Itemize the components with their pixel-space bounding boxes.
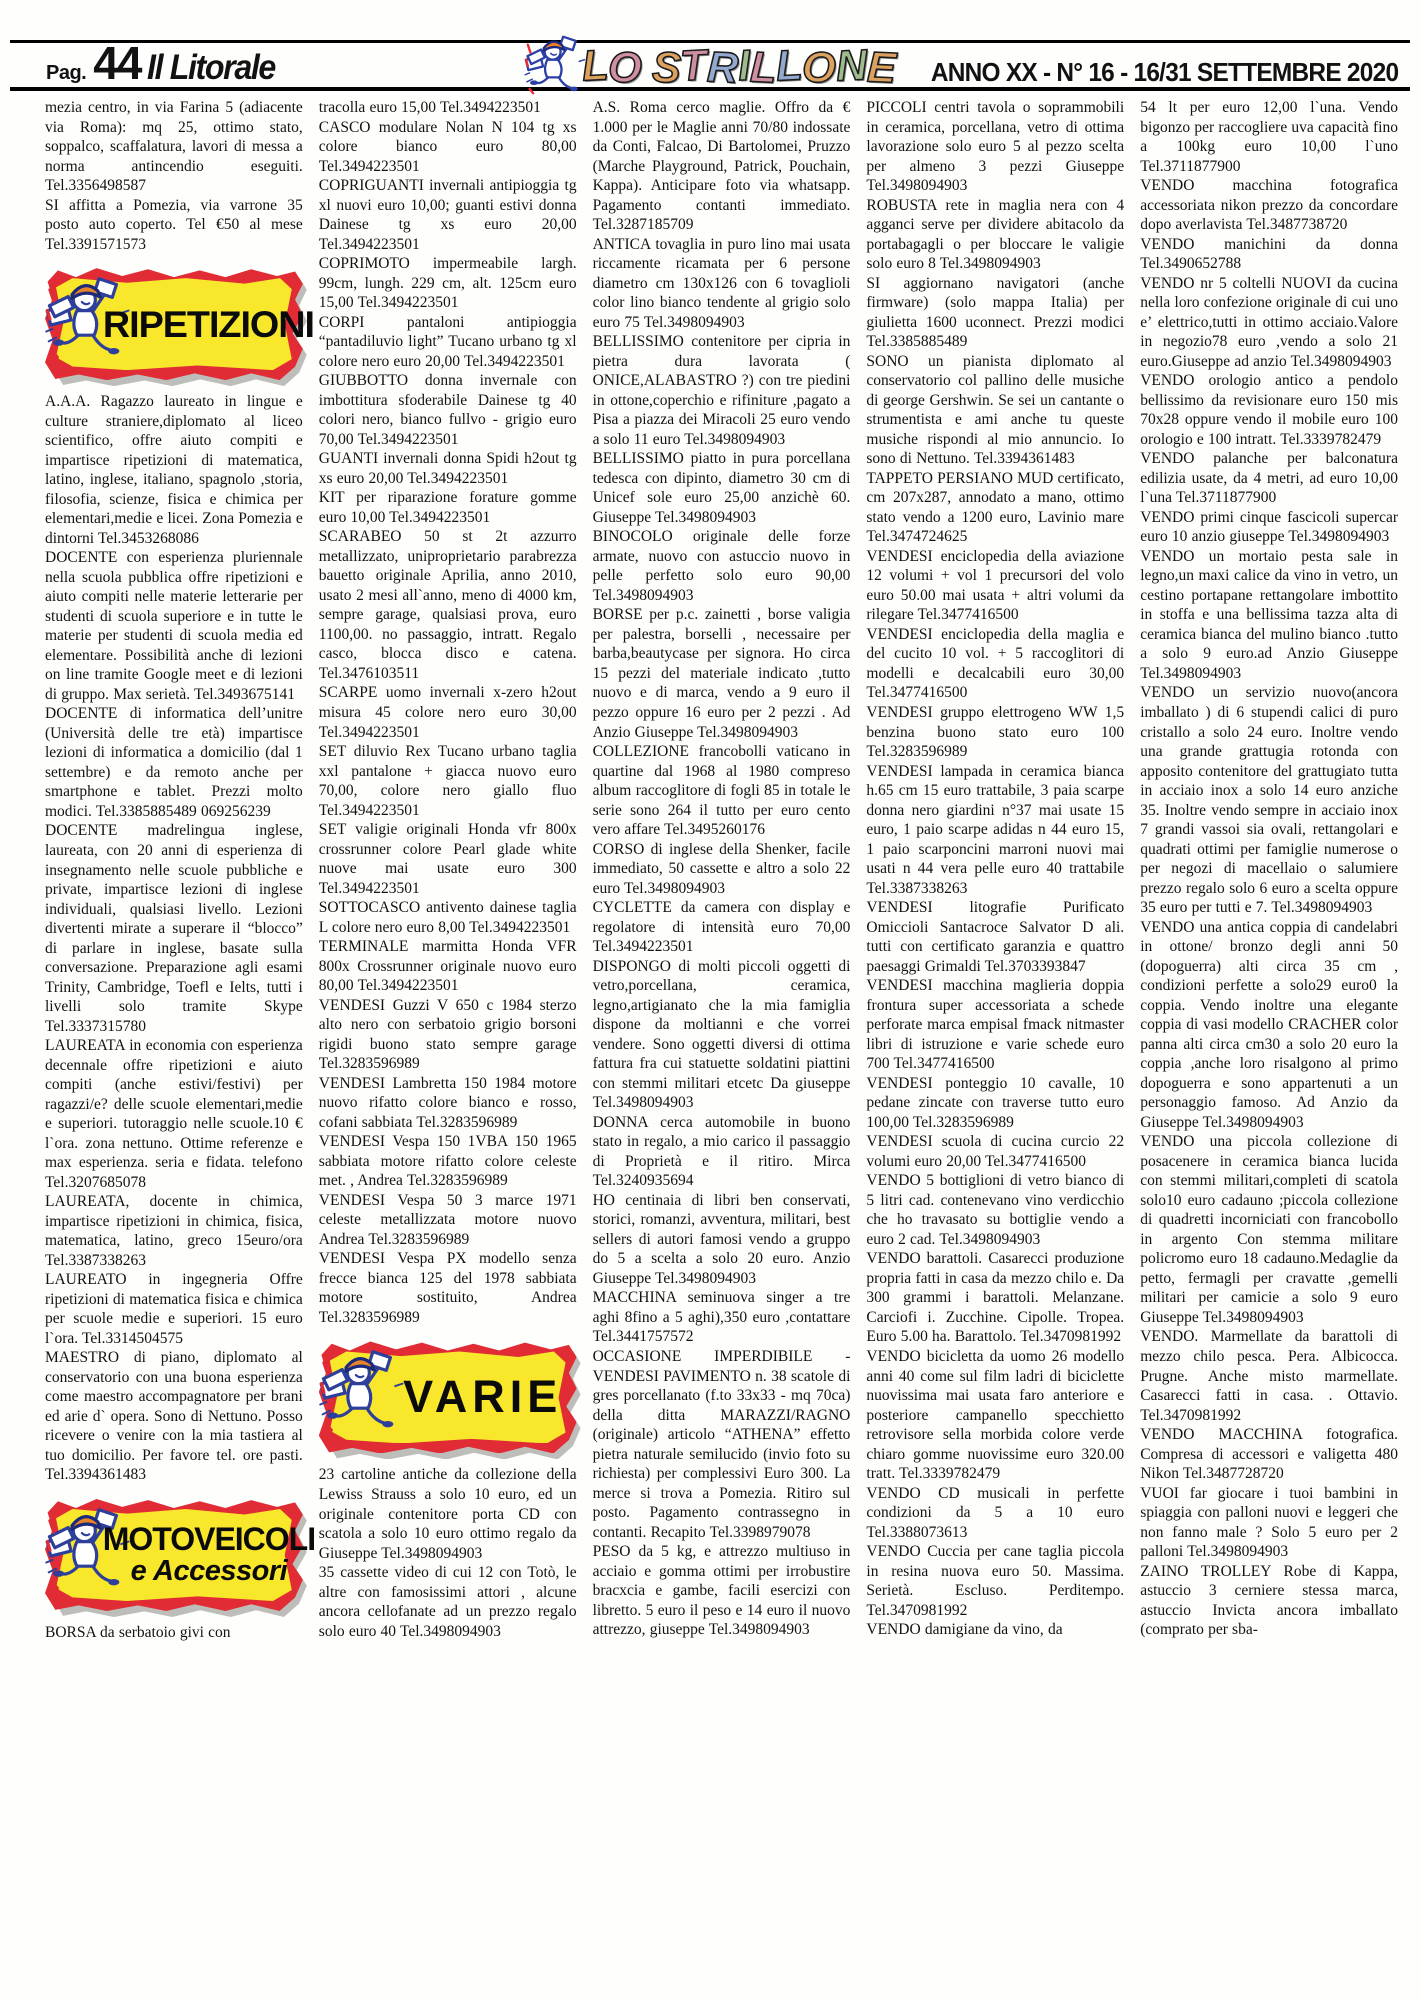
classified-ad: DOCENTE madrelingua inglese, laureata, c…	[45, 821, 303, 1036]
classified-ad: CYCLETTE da camera con display e regolat…	[593, 898, 851, 957]
column-3: A.S. Roma cerco maglie. Offro da € 1.000…	[593, 98, 851, 2000]
classified-ad: BELLISSIMO contenitore per cipria in pie…	[593, 332, 851, 449]
logo-title: LOSTRILLONE	[582, 46, 895, 89]
section-title: RIPETIZIONI	[125, 268, 293, 380]
classified-ad: BORSE per p.c. zainetti , borse valigia …	[593, 605, 851, 742]
classified-ad: LAUREATA, docente in chimica, impartisce…	[45, 1192, 303, 1270]
classified-ad: DISPONGO di molti piccoli oggetti di vet…	[593, 957, 851, 1113]
classified-ad: VENDO 5 bottiglioni di vetro bianco di 5…	[866, 1171, 1124, 1249]
classified-ad: VENDESI Guzzi V 650 c 1984 sterzo alto n…	[319, 996, 577, 1074]
classified-ad: SET diluvio Rex Tucano urbano taglia xxl…	[319, 742, 577, 820]
classified-ad: GUANTI invernali donna Spidi h2out tg xs…	[319, 449, 577, 488]
newsboy-mascot-icon	[524, 34, 586, 100]
newspaper-brand: Pag. 44 Il Litorale	[46, 45, 287, 88]
classified-ad: VENDESI macchina maglieria doppia frontu…	[866, 976, 1124, 1074]
classified-ad: DOCENTE con esperienza pluriennale nella…	[45, 548, 303, 704]
classified-ad: OCCASIONE IMPERDIBILE - VENDESI PAVIMENT…	[593, 1347, 851, 1542]
classified-ad: SONO un pianista diplomato al conservato…	[866, 352, 1124, 469]
classified-ad: VUOI far giocare i tuoi bambini in spiag…	[1140, 1484, 1398, 1562]
classified-ad: BINOCOLO originale delle forze armate, n…	[593, 527, 851, 605]
classified-ad: MACCHINA seminuova singer a tre aghi 8fi…	[593, 1288, 851, 1347]
section-title: MOTOVEICOLI e Accessori	[125, 1499, 293, 1611]
classified-ad: DOCENTE di informatica dell’unitre (Univ…	[45, 704, 303, 821]
classified-ad: VENDO macchina fotografica accessoriata …	[1140, 176, 1398, 235]
classified-ad: VENDESI enciclopedia della maglia e del …	[866, 625, 1124, 703]
classified-ad: VENDESI Vespa 150 1VBA 150 1965 sabbiata…	[319, 1132, 577, 1191]
newspaper-page: Pag. 44 Il Litorale ANNO XX - N° 16 - 16…	[0, 0, 1420, 2000]
classified-ad: VENDESI scuola di cucina curcio 22 volum…	[866, 1132, 1124, 1171]
column-1: mezia centro, in via Farina 5 (adiacente…	[45, 98, 303, 2000]
classified-ad: VENDESI litografie Purificato Omiccioli …	[866, 898, 1124, 976]
page-number: 44	[93, 45, 140, 82]
classified-ad: VENDESI lampada in ceramica bianca h.65 …	[866, 762, 1124, 899]
classified-ad: LAUREATA in economia con esperienza dece…	[45, 1036, 303, 1192]
classified-ad: CASCO modulare Nolan N 104 tg xs colore …	[319, 118, 577, 177]
classified-ad: VENDESI enciclopedia della aviazione 12 …	[866, 547, 1124, 625]
classified-ad: SCARPE uomo invernali x-zero h2out misur…	[319, 683, 577, 742]
classified-ad: VENDO nr 5 coltelli NUOVI da cucina nell…	[1140, 274, 1398, 372]
column-5: 54 lt per euro 12,00 l`una. Vendo bigonz…	[1140, 98, 1398, 2000]
classified-ad: VENDO CD musicali in perfette condizioni…	[866, 1484, 1124, 1543]
classified-ad: BELLISSIMO piatto in pura porcellana ted…	[593, 449, 851, 527]
lo-strillone-logo: LOSTRILLONE	[524, 34, 895, 100]
classified-ad: TAPPETO PERSIANO MUD certificato, cm 207…	[866, 469, 1124, 547]
section-header-ripetizioni: RIPETIZIONI	[45, 268, 303, 380]
classified-ad: COPRIGUANTI invernali antipioggia tg xl …	[319, 176, 577, 254]
classified-ad: LAUREATO in ingegneria Offre ripetizioni…	[45, 1270, 303, 1348]
classified-ad: SOTTOCASCO antivento dainese taglia L co…	[319, 898, 577, 937]
classified-ad: VENDO damigiane da vino, da	[866, 1620, 1124, 1640]
classified-ad: VENDO una antica coppia di candelabri in…	[1140, 918, 1398, 1133]
classified-ad: mezia centro, in via Farina 5 (adiacente…	[45, 98, 303, 196]
issue-line: ANNO XX - N° 16 - 16/31 SETTEMBRE 2020	[931, 57, 1398, 88]
classified-ad: VENDESI Vespa 50 3 marce 1971 celeste me…	[319, 1191, 577, 1250]
classified-ad: PICCOLI centri tavola o soprammobili in …	[866, 98, 1124, 196]
classified-ad: VENDO palanche per balconatura edilizia …	[1140, 449, 1398, 508]
classified-ad: VENDO manichini da donna Tel.3490652788	[1140, 235, 1398, 274]
classified-ad: VENDO un servizio nuovo(ancora imballato…	[1140, 683, 1398, 917]
classified-ad: GIUBBOTTO donna invernale con imbottitur…	[319, 371, 577, 449]
classified-ad: VENDESI Lambretta 150 1984 motore nuovo …	[319, 1074, 577, 1133]
classified-ad: VENDO Cuccia per cane taglia piccola in …	[866, 1542, 1124, 1620]
classified-ad: COPRIMOTO impermeabile largh. 99cm, lung…	[319, 254, 577, 313]
classified-ad: VENDO bicicletta da uomo 26 modello anni…	[866, 1347, 1124, 1484]
classified-ad: VENDESI Vespa PX modello senza frecce bi…	[319, 1249, 577, 1327]
classified-ad: DONNA cerca automobile in buono stato in…	[593, 1113, 851, 1191]
classified-ad: KIT per riparazione forature gomme euro …	[319, 488, 577, 527]
classified-ad: VENDO barattoli. Casarecci produzione pr…	[866, 1249, 1124, 1347]
classified-ad: VENDO. Marmellate da barattoli di mezzo …	[1140, 1327, 1398, 1425]
classified-ad: HO centinaia di libri ben conservati, st…	[593, 1191, 851, 1289]
column-2: tracolla euro 15,00 Tel.3494223501CASCO …	[319, 98, 577, 2000]
classified-ad: ROBUSTA rete in maglia nera con 4 agganc…	[866, 196, 1124, 274]
newsboy-mascot-icon	[319, 1348, 405, 1446]
classified-ad: VENDO MACCHINA fotografica. Compresa di …	[1140, 1425, 1398, 1484]
classified-ad: tracolla euro 15,00 Tel.3494223501	[319, 98, 577, 118]
section-header-motoveicoli: MOTOVEICOLI e Accessori	[45, 1499, 303, 1611]
classified-ad: SI aggiornano navigatori (anche firmware…	[866, 274, 1124, 352]
classified-ad: 35 cassette video di cui 12 con Totò, le…	[319, 1563, 577, 1641]
classified-ad: COLLEZIONE francobolli vaticano in quart…	[593, 742, 851, 840]
classified-ad: VENDO orologio antico a pendolo bellissi…	[1140, 371, 1398, 449]
classified-ad: ANTICA tovaglia in puro lino mai usata r…	[593, 235, 851, 333]
classified-ad: VENDESI gruppo elettrogeno WW 1,5 benzin…	[866, 703, 1124, 762]
classified-ad: VENDESI ponteggio 10 cavalle, 10 pedane …	[866, 1074, 1124, 1133]
classified-ad: VENDO una piccola collezione di posacene…	[1140, 1132, 1398, 1327]
classified-ad: TERMINALE marmitta Honda VFR 800x Crossr…	[319, 937, 577, 996]
classifieds-columns: mezia centro, in via Farina 5 (adiacente…	[45, 98, 1398, 2000]
newspaper-name: Il Litorale	[147, 48, 275, 88]
classified-ad: ZAINO TROLLEY Robe di Kappa, astuccio 3 …	[1140, 1562, 1398, 1640]
classified-ad: PESO da 5 kg, e attrezzo multiuso in acc…	[593, 1542, 851, 1640]
classified-ad: SET valigie originali Honda vfr 800x cro…	[319, 820, 577, 898]
section-header-varie: VARIE	[319, 1341, 577, 1453]
classified-ad: VENDO un mortaio pesta sale in legno,un …	[1140, 547, 1398, 684]
section-title: VARIE	[399, 1341, 567, 1453]
classified-ad: MAESTRO di piano, diplomato al conservat…	[45, 1348, 303, 1485]
classified-ad: SCARABEO 50 st 2t azzurro metallizzato, …	[319, 527, 577, 683]
classified-ad: A.A.A. Ragazzo laureato in lingue e cult…	[45, 392, 303, 548]
classified-ad: SI affitta a Pomezia, via varrone 35 pos…	[45, 196, 303, 255]
classified-ad: CORSO di inglese della Shenker, facile i…	[593, 840, 851, 899]
classified-ad: VENDO primi cinque fascicoli supercar eu…	[1140, 508, 1398, 547]
classified-ad: 54 lt per euro 12,00 l`una. Vendo bigonz…	[1140, 98, 1398, 176]
classified-ad: 23 cartoline antiche da collezione della…	[319, 1465, 577, 1563]
column-4: PICCOLI centri tavola o soprammobili in …	[866, 98, 1124, 2000]
page-label: Pag.	[46, 62, 86, 85]
classified-ad: BORSA da serbatoio givi con	[45, 1623, 303, 1643]
classified-ad: A.S. Roma cerco maglie. Offro da € 1.000…	[593, 98, 851, 235]
classified-ad: CORPI pantaloni antipioggia “pantadiluvi…	[319, 313, 577, 372]
